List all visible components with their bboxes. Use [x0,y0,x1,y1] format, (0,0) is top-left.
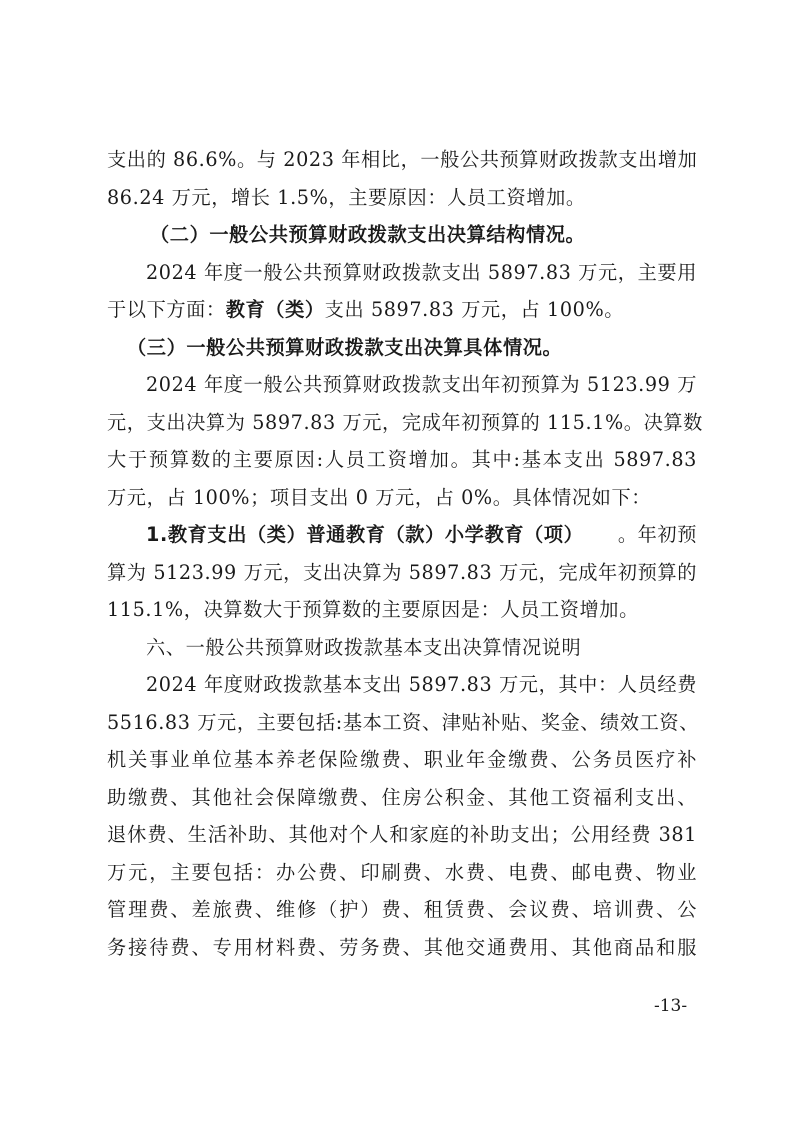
paragraph-line: 管理费、差旅费、维修（护）费、租赁费、会议费、培训费、公 [107,897,697,923]
text-segment: 。年初预 [618,522,697,548]
page-number: -13- [654,996,687,1016]
emphasis-education-category: 教育（类） [226,298,325,321]
paragraph-line: 务接待费、专用材料费、劳务费、其他交通费用、其他商品和服 [107,935,697,961]
paragraph-line: 万元，主要包括：办公费、印刷费、水费、电费、邮电费、物业 [107,860,697,886]
document-page: 支出的 86.6%。与 2023 年相比，一般公共预算财政拨款支出增加 86.2… [0,0,793,1122]
section-heading-structure: （二）一般公共预算财政拨款支出决算结构情况。 [150,222,740,248]
paragraph-line: 115.1%，决算数大于预算数的主要原因是：人员工资增加。 [107,597,697,623]
paragraph-line: 元，支出决算为 5897.83 万元，完成年初预算的 115.1%。决算数 [107,410,697,436]
paragraph-line: 退休费、生活补助、其他对个人和家庭的补助支出；公用经费 381 [107,822,697,848]
paragraph-line: 大于预算数的主要原因:人员工资增加。其中:基本支出 5897.83 [107,447,697,473]
paragraph-line: 机关事业单位基本养老保险缴费、职业年金缴费、公务员医疗补 [107,747,697,773]
paragraph-line: 助缴费、其他社会保障缴费、住房公积金、其他工资福利支出、 [107,785,697,811]
paragraph-line: 支出的 86.6%。与 2023 年相比，一般公共预算财政拨款支出增加 [107,147,697,173]
paragraph-line: 2024 年度一般公共预算财政拨款支出年初预算为 5123.99 万 [146,372,697,398]
paragraph-line: 万元，占 100%；项目支出 0 万元，占 0%。具体情况如下： [107,485,697,511]
section-heading-details: （三）一般公共预算财政拨款支出决算具体情况。 [127,335,717,361]
section-heading-basic-expenditure: 六、一般公共预算财政拨款基本支出决算情况说明 [146,635,736,661]
paragraph-line: 5516.83 万元，主要包括:基本工资、津贴补贴、奖金、绩效工资、 [107,710,697,736]
paragraph-line: 2024 年度财政拨款基本支出 5897.83 万元，其中：人员经费 [146,672,697,698]
paragraph-line: 1.教育支出（类）普通教育（款）小学教育（项）。年初预 [146,522,697,548]
text-segment: 于以下方面： [107,298,226,321]
paragraph-line: 于以下方面：教育（类）支出 5897.83 万元，占 100%。 [107,297,697,323]
paragraph-line: 2024 年度一般公共预算财政拨款支出 5897.83 万元，主要用 [146,260,697,286]
text-segment: 支出 5897.83 万元，占 100%。 [325,298,624,321]
emphasis-item-title: 1.教育支出（类）普通教育（款）小学教育（项） [146,522,583,548]
paragraph-line: 算为 5123.99 万元，支出决算为 5897.83 万元，完成年初预算的 [107,560,697,586]
paragraph-line: 86.24 万元，增长 1.5%，主要原因：人员工资增加。 [107,185,697,211]
